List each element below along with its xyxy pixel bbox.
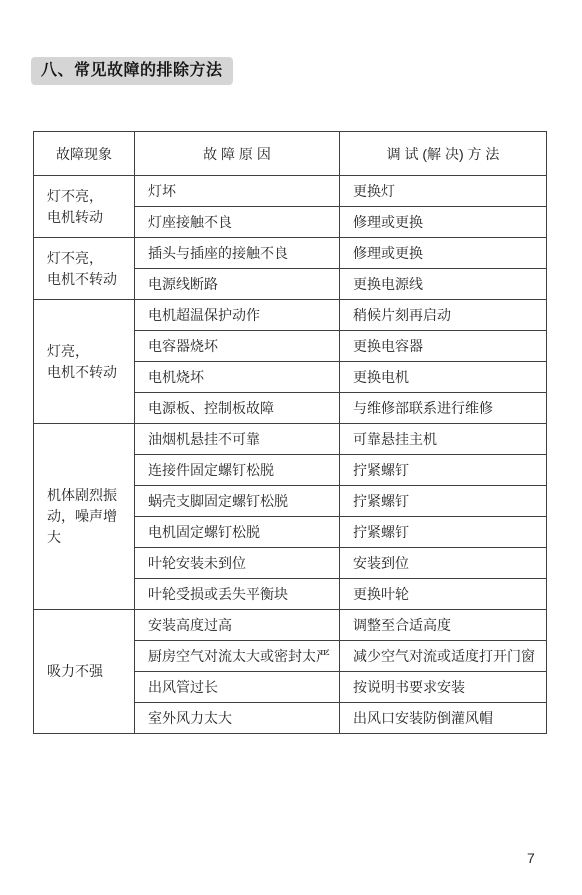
solution-cell: 拧紧螺钉 <box>340 455 547 486</box>
section-title: 八、常见故障的排除方法 <box>31 57 233 85</box>
solution-cell: 拧紧螺钉 <box>340 486 547 517</box>
cause-cell: 电源线断路 <box>135 269 340 300</box>
solution-cell: 安装到位 <box>340 548 547 579</box>
cause-cell: 厨房空气对流太大或密封太严 <box>135 641 340 672</box>
table-row: 灯亮， 电机不转动 电机超温保护动作 稍候片刻再启动 <box>34 300 547 331</box>
cause-cell: 灯座接触不良 <box>135 207 340 238</box>
solution-cell: 更换叶轮 <box>340 579 547 610</box>
solution-cell: 修理或更换 <box>340 238 547 269</box>
solution-cell: 更换电机 <box>340 362 547 393</box>
column-header-cause: 故 障 原 因 <box>135 132 340 176</box>
troubleshooting-table: 故障现象 故 障 原 因 调 试 (解 决) 方 法 灯不亮， 电机转动 灯坏 … <box>33 131 547 734</box>
solution-cell: 按说明书要求安装 <box>340 672 547 703</box>
solution-cell: 拧紧螺钉 <box>340 517 547 548</box>
cause-cell: 连接件固定螺钉松脱 <box>135 455 340 486</box>
table-row: 机体剧烈振 动，噪声增 大 油烟机悬挂不可靠 可靠悬挂主机 <box>34 424 547 455</box>
cause-cell: 插头与插座的接触不良 <box>135 238 340 269</box>
solution-cell: 调整至合适高度 <box>340 610 547 641</box>
solution-cell: 更换电源线 <box>340 269 547 300</box>
cause-cell: 电机固定螺钉松脱 <box>135 517 340 548</box>
cause-cell: 蜗壳支脚固定螺钉松脱 <box>135 486 340 517</box>
phenomenon-cell: 灯不亮， 电机转动 <box>34 176 135 238</box>
solution-cell: 更换电容器 <box>340 331 547 362</box>
cause-cell: 油烟机悬挂不可靠 <box>135 424 340 455</box>
phenomenon-cell: 灯亮， 电机不转动 <box>34 300 135 424</box>
table-row: 灯不亮， 电机不转动 插头与插座的接触不良 修理或更换 <box>34 238 547 269</box>
cause-cell: 叶轮受损或丢失平衡块 <box>135 579 340 610</box>
solution-cell: 减少空气对流或适度打开门窗 <box>340 641 547 672</box>
phenomenon-cell: 机体剧烈振 动，噪声增 大 <box>34 424 135 610</box>
cause-cell: 出风管过长 <box>135 672 340 703</box>
column-header-solution: 调 试 (解 决) 方 法 <box>340 132 547 176</box>
manual-page: 八、常见故障的排除方法 故障现象 故 障 原 因 调 试 (解 决) 方 法 灯… <box>0 0 582 895</box>
cause-cell: 电容器烧坏 <box>135 331 340 362</box>
solution-cell: 更换灯 <box>340 176 547 207</box>
table-row: 灯不亮， 电机转动 灯坏 更换灯 <box>34 176 547 207</box>
phenomenon-cell: 吸力不强 <box>34 610 135 734</box>
cause-cell: 电源板、控制板故障 <box>135 393 340 424</box>
cause-cell: 灯坏 <box>135 176 340 207</box>
cause-cell: 叶轮安装未到位 <box>135 548 340 579</box>
cause-cell: 电机烧坏 <box>135 362 340 393</box>
solution-cell: 与维修部联系进行维修 <box>340 393 547 424</box>
solution-cell: 修理或更换 <box>340 207 547 238</box>
page-number: 7 <box>527 850 535 866</box>
table-header-row: 故障现象 故 障 原 因 调 试 (解 决) 方 法 <box>34 132 547 176</box>
solution-cell: 可靠悬挂主机 <box>340 424 547 455</box>
cause-cell: 室外风力太大 <box>135 703 340 734</box>
solution-cell: 出风口安装防倒灌风帽 <box>340 703 547 734</box>
phenomenon-cell: 灯不亮， 电机不转动 <box>34 238 135 300</box>
table-row: 吸力不强 安装高度过高 调整至合适高度 <box>34 610 547 641</box>
cause-cell: 安装高度过高 <box>135 610 340 641</box>
cause-cell: 电机超温保护动作 <box>135 300 340 331</box>
column-header-phenomenon: 故障现象 <box>34 132 135 176</box>
solution-cell: 稍候片刻再启动 <box>340 300 547 331</box>
